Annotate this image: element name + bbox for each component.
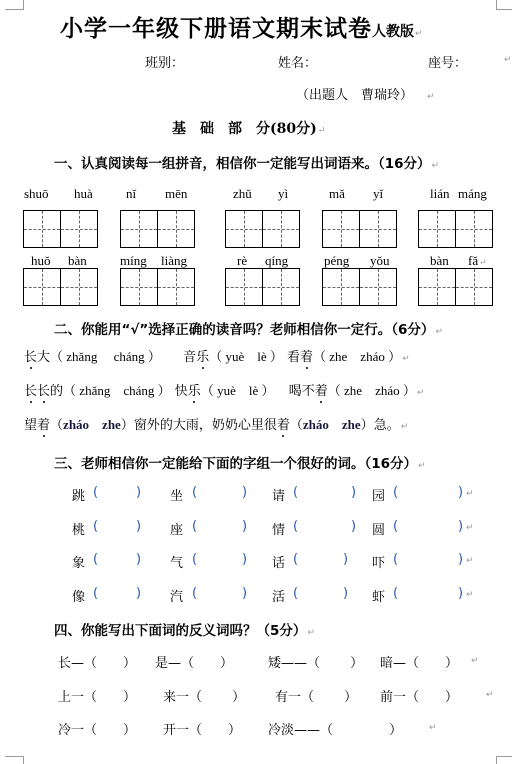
antonym-item[interactable]: 来一（ ） — [163, 686, 245, 705]
grid-cell[interactable] — [359, 268, 397, 306]
pinyin-options[interactable]: （ zhǎng cháng ） — [50, 349, 161, 364]
answer-blank-open[interactable]: ( — [293, 586, 298, 601]
answer-blank-open[interactable]: ( — [393, 586, 398, 601]
section-basic-heading: 基 础 部 分(80分)↵ — [172, 118, 325, 138]
paragraph-mark-icon: ↵ — [466, 556, 474, 566]
source-char: 话 — [272, 552, 285, 571]
title-text: 小学一年级下册语文期末试卷 — [60, 16, 372, 42]
pinyin-label: péng — [324, 253, 349, 269]
crop-mark-bottom-left — [5, 756, 24, 764]
pinyin-options[interactable]: （ zhe zháo ） — [313, 349, 401, 364]
source-char: 汽 — [170, 586, 183, 605]
page-title: 小学一年级下册语文期末试卷人教版↵ — [60, 10, 424, 43]
paragraph-mark-icon: ↵ — [401, 422, 409, 432]
antonym-item[interactable]: 长—（ ） — [58, 652, 136, 671]
pinyin-options[interactable]: zháo zhe — [63, 417, 121, 432]
paragraph-mark-icon: ↵ — [427, 92, 435, 102]
paragraph-mark-icon: ↵ — [471, 656, 479, 666]
grid-cell[interactable] — [455, 210, 493, 248]
paragraph-mark-icon: ↵ — [432, 161, 440, 171]
writing-grid[interactable] — [225, 268, 300, 306]
answer-blank-open[interactable]: ( — [192, 519, 197, 534]
writing-grid[interactable] — [418, 268, 493, 306]
grid-cell[interactable] — [262, 210, 300, 248]
grid-cell[interactable] — [60, 210, 98, 248]
antonym-item[interactable]: 开一（ ） — [163, 719, 241, 738]
word-char: 的 — [50, 384, 63, 399]
word-char: 快 — [175, 384, 188, 399]
author-line: （出题人 曹瑞玲）↵ — [296, 84, 435, 103]
answer-blank-close: ) — [343, 586, 348, 601]
paragraph-mark-icon: ↵ — [417, 388, 425, 398]
paragraph-mark-icon: ↵ — [429, 723, 437, 733]
source-char: 请 — [272, 485, 285, 504]
answer-blank-open[interactable]: ( — [93, 485, 98, 500]
source-char: 虾 — [372, 586, 385, 605]
answer-blank-close: ) — [136, 552, 141, 567]
question-1-heading: 一、认真阅读每一组拼音，相信你一定能写出词语来。（16分）↵ — [54, 152, 439, 172]
answer-blank-open[interactable]: ( — [393, 552, 398, 567]
emphasized-char: 长 — [24, 346, 37, 365]
word-char: 大 — [37, 350, 50, 365]
pinyin-label: fǎ↵ — [468, 253, 487, 269]
word-char: 看 — [287, 350, 300, 365]
pinyin-label: míng — [120, 253, 147, 269]
grid-cell[interactable] — [322, 268, 360, 306]
paragraph-mark-icon: ↵ — [466, 523, 474, 533]
pinyin-label: bàn — [68, 253, 87, 269]
crop-mark-top-left — [5, 0, 24, 10]
source-char: 像 — [72, 586, 85, 605]
grid-cell[interactable] — [157, 268, 195, 306]
question-2-line-3: 望着（zháo zhe）窗外的大雨，奶奶心里很着（zháo zhe）急。↵ — [24, 414, 408, 433]
question-2-heading: 二、你能用“√”选择正确的读音吗？老师相信你一定行。（6分）↵ — [54, 318, 443, 338]
grid-cell[interactable] — [120, 268, 158, 306]
pinyin-text: fǎ — [468, 253, 478, 268]
writing-grid[interactable] — [322, 268, 397, 306]
pinyin-label: liàng — [161, 253, 187, 269]
answer-blank-close: ) — [458, 552, 463, 567]
section-basic-title: 基 础 部 分(80分) — [172, 121, 317, 137]
emphasized-char: 着 — [315, 380, 328, 399]
pinyin-label: mǎ — [329, 186, 345, 202]
answer-blank-close: ) — [242, 552, 247, 567]
paragraph-mark-icon: ↵ — [504, 55, 512, 65]
crop-mark-bottom-right — [496, 756, 512, 764]
answer-blank-close: ) — [242, 519, 247, 534]
question-2-text: 二、你能用“√”选择正确的读音吗？老师相信你一定行。（6分） — [54, 322, 434, 338]
source-char: 象 — [72, 552, 85, 571]
source-char: 跳 — [72, 485, 85, 504]
pinyin-options[interactable]: （ yuè lè ） — [209, 349, 283, 364]
word-char: 望 — [24, 418, 37, 433]
grid-cell[interactable] — [23, 268, 61, 306]
answer-blank-close: ) — [458, 485, 463, 500]
pinyin-label: qíng — [265, 253, 288, 269]
answer-blank-open[interactable]: ( — [393, 485, 398, 500]
grid-cell[interactable] — [225, 210, 263, 248]
pinyin-label: lián — [430, 186, 450, 202]
class-field-label: 班别： — [145, 52, 184, 71]
question-4-text: 四、你能写出下面词的反义词吗？（5分） — [54, 623, 306, 639]
answer-blank-close: ) — [136, 519, 141, 534]
emphasized-char: 着 — [37, 414, 50, 433]
writing-grid[interactable] — [23, 210, 98, 248]
pinyin-label: yì — [278, 186, 288, 202]
answer-blank-open[interactable]: ( — [293, 552, 298, 567]
pinyin-options[interactable]: （ yuè lè ） — [201, 383, 275, 398]
grid-cell[interactable] — [120, 210, 158, 248]
source-char: 座 — [170, 519, 183, 538]
question-2-line-2: 长长的（ zhǎng cháng ） 快乐（ yuè lè ） 喝不着（ zhe… — [24, 380, 424, 399]
grid-cell[interactable] — [455, 268, 493, 306]
source-char: 情 — [272, 519, 285, 538]
paragraph-mark-icon: ↵ — [466, 489, 474, 499]
paren-open: （ — [290, 418, 303, 433]
paragraph-mark-icon: ↵ — [402, 354, 410, 364]
question-3-heading: 三、老师相信你一定能给下面的字组一个很好的词。（16分）↵ — [54, 452, 426, 472]
answer-blank-close: ) — [242, 586, 247, 601]
sentence-text: 急。 — [374, 418, 400, 433]
answer-blank-open[interactable]: ( — [393, 519, 398, 534]
answer-blank-open[interactable]: ( — [192, 586, 197, 601]
writing-grid[interactable] — [120, 210, 195, 248]
pinyin-label: rè — [237, 253, 247, 269]
answer-blank-open[interactable]: ( — [93, 586, 98, 601]
paragraph-mark-icon: ↵ — [479, 257, 487, 267]
grid-cell[interactable] — [60, 268, 98, 306]
pinyin-label: huà — [74, 186, 93, 202]
paragraph-mark-icon: ↵ — [435, 327, 443, 337]
paren-close: ） — [361, 418, 374, 433]
source-char: 活 — [272, 586, 285, 605]
answer-blank-close: ) — [351, 485, 356, 500]
writing-grid[interactable] — [225, 210, 300, 248]
writing-grid[interactable] — [322, 210, 397, 248]
grid-cell[interactable] — [418, 268, 456, 306]
pinyin-label: shuō — [24, 186, 49, 202]
grid-cell[interactable] — [23, 210, 61, 248]
source-char: 园 — [372, 485, 385, 504]
writing-grid[interactable] — [120, 268, 195, 306]
emphasized-char: 着 — [277, 414, 290, 433]
question-1-text: 一、认真阅读每一组拼音，相信你一定能写出词语来。（16分） — [54, 156, 431, 172]
pinyin-label: yǐ — [373, 186, 383, 202]
pinyin-options[interactable]: zháo zhe — [303, 417, 361, 432]
antonym-item[interactable]: 暗—（ ） — [380, 652, 458, 671]
source-char: 吓 — [372, 552, 385, 571]
antonym-item[interactable]: 冷一（ ） — [58, 719, 136, 738]
answer-blank-close: ) — [343, 552, 348, 567]
pinyin-label: máng — [458, 186, 487, 202]
paragraph-mark-icon: ↵ — [486, 690, 494, 700]
word-char: 音 — [183, 350, 196, 365]
grid-cell[interactable] — [322, 210, 360, 248]
answer-blank-open[interactable]: ( — [192, 552, 197, 567]
paragraph-mark-icon: ↵ — [466, 590, 474, 600]
grid-cell[interactable] — [418, 210, 456, 248]
name-field-label: 姓名： — [278, 52, 317, 71]
paren-open: （ — [50, 418, 63, 433]
paragraph-mark-icon: ↵ — [307, 628, 315, 638]
word-char: 喝不 — [289, 384, 315, 399]
antonym-item[interactable]: 有一（ ） — [275, 686, 357, 705]
grid-cell[interactable] — [359, 210, 397, 248]
antonym-item[interactable]: 上一（ ） — [58, 686, 136, 705]
pinyin-label: mēn — [165, 186, 187, 202]
paragraph-mark-icon: ↵ — [318, 126, 326, 136]
grid-cell[interactable] — [225, 268, 263, 306]
answer-blank-open[interactable]: ( — [293, 485, 298, 500]
paragraph-mark-icon: ↵ — [418, 461, 426, 471]
pinyin-label: nǐ — [126, 186, 136, 202]
source-char: 气 — [170, 552, 183, 571]
answer-blank-close: ) — [242, 485, 247, 500]
source-char: 圆 — [372, 519, 385, 538]
writing-grid[interactable] — [418, 210, 493, 248]
seat-number-field-label: 座号： — [428, 52, 467, 71]
pinyin-options[interactable]: （ zhǎng cháng ） — [63, 383, 171, 398]
emphasized-char: 长 — [37, 380, 50, 399]
paren-close: ） — [121, 418, 134, 433]
question-3-text: 三、老师相信你一定能给下面的字组一个很好的词。（16分） — [54, 456, 417, 472]
emphasized-char: 着 — [300, 346, 313, 365]
answer-blank-close: ) — [458, 519, 463, 534]
source-char: 桃 — [72, 519, 85, 538]
answer-blank-open[interactable]: ( — [93, 519, 98, 534]
question-4-heading: 四、你能写出下面词的反义词吗？（5分）↵ — [54, 619, 315, 639]
answer-blank-open[interactable]: ( — [93, 552, 98, 567]
writing-grid[interactable] — [23, 268, 98, 306]
answer-blank-close: ) — [458, 586, 463, 601]
question-2-line-1: 长大（ zhǎng cháng ） 音乐（ yuè lè ） 看着（ zhe z… — [24, 346, 410, 365]
answer-blank-open[interactable]: ( — [293, 519, 298, 534]
antonym-item[interactable]: 冷淡——（ ） — [268, 719, 402, 738]
answer-blank-close: ) — [136, 485, 141, 500]
grid-cell[interactable] — [157, 210, 195, 248]
answer-blank-close: ) — [351, 519, 356, 534]
pinyin-label: huǒ — [31, 253, 51, 269]
author-text: （出题人 曹瑞玲） — [296, 88, 413, 103]
paragraph-mark-icon: ↵ — [415, 29, 424, 39]
pinyin-label: yǒu — [370, 253, 390, 269]
antonym-item[interactable]: 矮——（ ） — [268, 652, 363, 671]
emphasized-char: 长 — [24, 380, 37, 399]
emphasized-char: 乐 — [196, 346, 209, 365]
antonym-item[interactable]: 前一（ ） — [380, 686, 458, 705]
source-char: 坐 — [170, 485, 183, 504]
antonym-item[interactable]: 是—（ ） — [155, 652, 233, 671]
answer-blank-open[interactable]: ( — [192, 485, 197, 500]
emphasized-char: 乐 — [188, 380, 201, 399]
sentence-text: 窗外的大雨，奶奶心里很 — [134, 418, 277, 433]
answer-blank-close: ) — [136, 586, 141, 601]
pinyin-label: bàn — [430, 253, 449, 269]
pinyin-label: zhǔ — [233, 186, 252, 202]
crop-mark-top-right — [496, 0, 512, 10]
pinyin-options[interactable]: （ zhe zháo ） — [328, 383, 416, 398]
grid-cell[interactable] — [262, 268, 300, 306]
title-edition: 人教版 — [372, 24, 414, 40]
